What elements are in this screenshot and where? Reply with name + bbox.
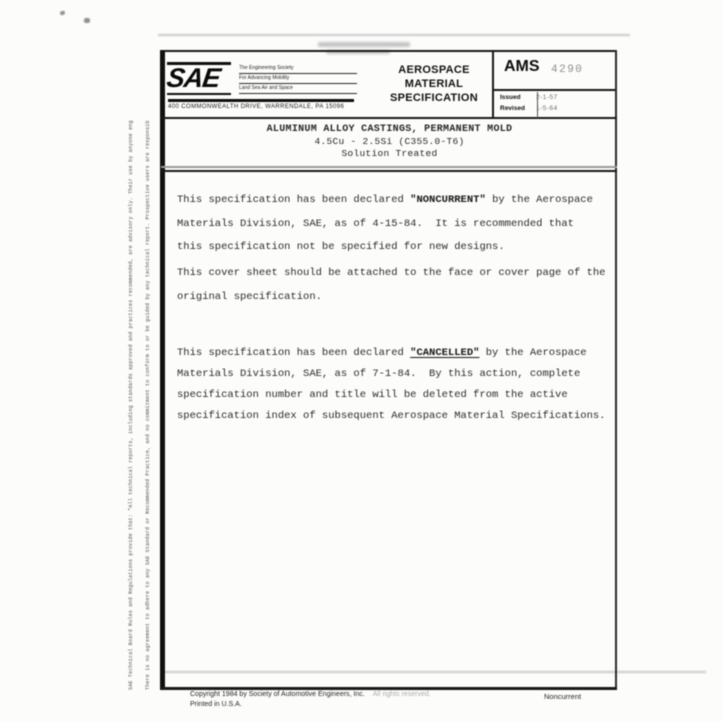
ams-box-inner-rule bbox=[494, 89, 615, 91]
revised-label: Revised bbox=[500, 105, 536, 112]
frame-bottom-border bbox=[161, 687, 617, 690]
scan-fold-line bbox=[161, 671, 706, 673]
copyright-text: Copyright 1984 by Society of Automotive … bbox=[190, 691, 365, 698]
sae-logo-text: SAE bbox=[165, 65, 233, 92]
frame-top-border bbox=[161, 50, 617, 52]
noncurrent-notice-paragraph: This specification has been declared "NO… bbox=[177, 189, 622, 260]
scan-speck bbox=[84, 18, 90, 23]
revised-date: 1-5-64 bbox=[536, 105, 558, 112]
scan-area: SAE Technical Board Rules and Regulation… bbox=[0, 0, 722, 722]
scan-edge-shadow bbox=[158, 34, 630, 36]
spec-title-line1: ALUMINUM ALLOY CASTINGS, PERMANENT MOLD bbox=[163, 124, 616, 136]
copyright-line: Copyright 1984 by Society of Automotive … bbox=[190, 691, 431, 698]
spec-number: 4290 bbox=[551, 64, 583, 76]
spec-title-line3: Solution Treated bbox=[163, 148, 616, 160]
header-bottom-border bbox=[161, 117, 617, 119]
title-rule-dark bbox=[161, 170, 617, 172]
sae-logo: SAE bbox=[167, 62, 231, 95]
header-logo-rule bbox=[168, 99, 354, 102]
scan-speck bbox=[59, 10, 65, 15]
left-margin-disclaimer-outer: SAE Technical Board Rules and Regulation… bbox=[128, 120, 141, 690]
cancelled-text-pre: This specification has been declared bbox=[177, 347, 410, 359]
noncurrent-keyword: "NONCURRENT" bbox=[410, 194, 486, 206]
sae-tagline-line: Land Sea Air and Space bbox=[239, 85, 357, 94]
scanned-document-page: SAE Technical Board Rules and Regulation… bbox=[0, 0, 722, 722]
sae-tagline-line: The Engineering Society bbox=[239, 65, 357, 74]
cancelled-keyword: "CANCELLED" bbox=[410, 347, 479, 359]
sae-logo-bottom-bar bbox=[167, 93, 231, 95]
title-rule-light bbox=[161, 166, 617, 168]
spec-title-block: ALUMINUM ALLOY CASTINGS, PERMANENT MOLD … bbox=[163, 124, 616, 159]
spec-series-label: AMS bbox=[504, 58, 540, 76]
revised-row: Revised 1-5-64 bbox=[500, 105, 558, 112]
document-type-heading: AEROSPACE MATERIAL SPECIFICATION bbox=[378, 63, 490, 105]
sae-tagline: The Engineering Society For Advancing Mo… bbox=[239, 65, 357, 95]
faint-stamp-mark bbox=[318, 42, 410, 47]
rights-text: All rights reserved. bbox=[373, 691, 431, 698]
noncurrent-text-pre: This specification has been declared bbox=[177, 194, 410, 206]
ams-box-divider bbox=[492, 50, 494, 119]
issued-date: 2-1-57 bbox=[536, 94, 558, 101]
cancelled-notice-paragraph: This specification has been declared "CA… bbox=[177, 343, 622, 427]
left-margin-disclaimer-inner: There is no agreement to adhere to any S… bbox=[145, 120, 158, 690]
status-footnote: Noncurrent bbox=[544, 692, 581, 701]
issued-label: Issued bbox=[500, 94, 536, 101]
sae-tagline-line: For Advancing Mobility bbox=[239, 75, 357, 84]
printed-in-usa-text: Printed in U.S.A. bbox=[190, 701, 242, 708]
issued-row: Issued 2-1-57 bbox=[500, 94, 558, 101]
publisher-address: 400 COMMONWEALTH DRIVE, WARRENDALE, PA 1… bbox=[168, 104, 344, 110]
cover-sheet-paragraph: This cover sheet should be attached to t… bbox=[177, 262, 622, 309]
spec-title-line2: 4.5Cu - 2.5Si (C355.0-T6) bbox=[163, 136, 616, 148]
